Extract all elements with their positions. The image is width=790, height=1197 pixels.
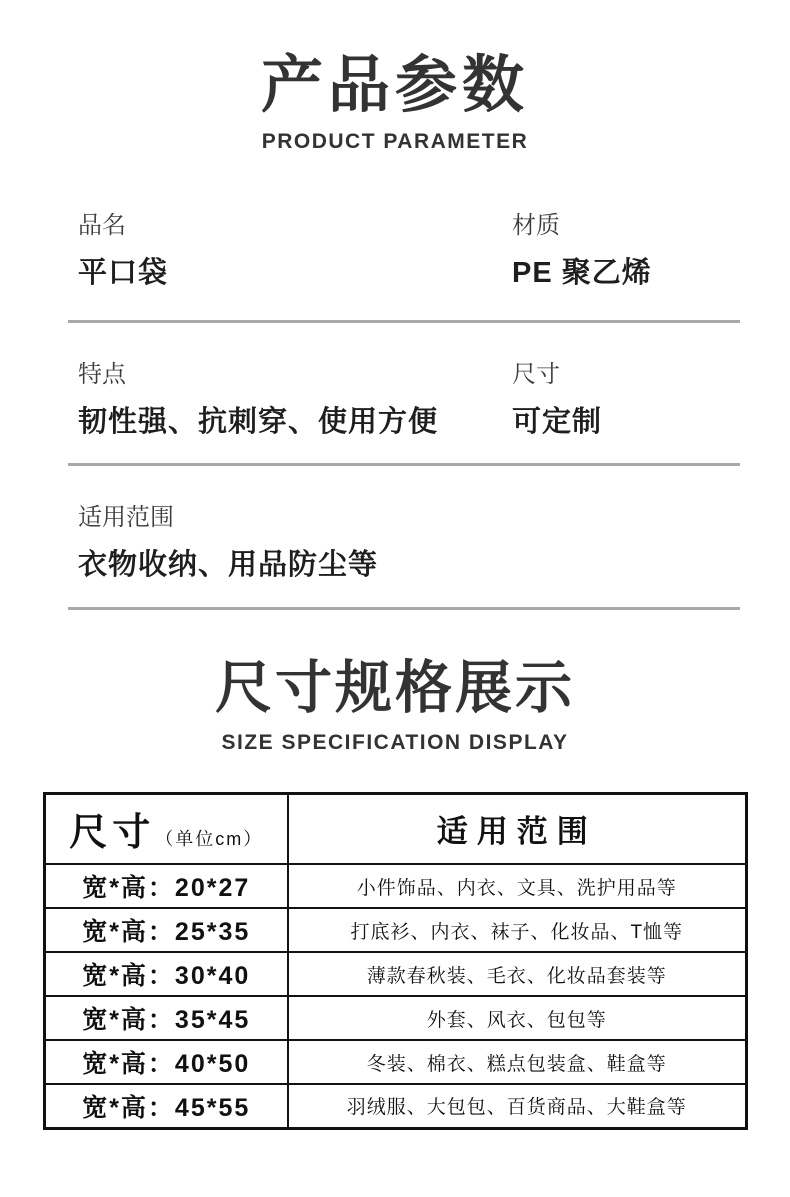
param-product-name: 品名 平口袋 <box>78 212 512 291</box>
usage-cell: 薄款春秋装、毛衣、化妆品套装等 <box>288 952 747 996</box>
usage-cell: 冬装、棉衣、糕点包装盒、鞋盒等 <box>288 1040 747 1084</box>
table-row: 宽*高：40*50 冬装、棉衣、糕点包装盒、鞋盒等 <box>45 1040 747 1084</box>
parameters-list: 品名 平口袋 材质 PE 聚乙烯 特点 韧性强、抗刺穿、使用方便 尺寸 可定制 … <box>68 212 740 610</box>
param-value: 韧性强、抗刺穿、使用方便 <box>78 405 512 440</box>
param-label: 尺寸 <box>512 361 740 390</box>
page-subtitle: PRODUCT PARAMETER <box>0 130 790 154</box>
usage-cell: 外套、风衣、包包等 <box>288 996 747 1040</box>
table-header-row: 尺寸（单位cm） 适用范围 <box>45 793 747 864</box>
param-value: 平口袋 <box>78 256 512 291</box>
table-row: 宽*高：30*40 薄款春秋装、毛衣、化妆品套装等 <box>45 952 747 996</box>
size-column-header: 尺寸（单位cm） <box>45 793 288 864</box>
size-cell: 宽*高：25*35 <box>45 908 288 952</box>
param-label: 适用范围 <box>78 504 740 533</box>
product-parameter-page: 产品参数 PRODUCT PARAMETER 品名 平口袋 材质 PE 聚乙烯 … <box>0 0 790 1197</box>
divider <box>68 320 740 323</box>
divider <box>68 607 740 610</box>
param-label: 品名 <box>78 212 512 241</box>
size-header-text: 尺寸 <box>69 812 155 854</box>
product-parameter-header: 产品参数 PRODUCT PARAMETER <box>0 0 790 154</box>
size-cell: 宽*高：45*55 <box>45 1084 288 1128</box>
page-title: 产品参数 <box>0 50 790 121</box>
param-size: 尺寸 可定制 <box>512 361 740 440</box>
usage-cell: 打底衫、内衣、袜子、化妆品、T恤等 <box>288 908 747 952</box>
usage-cell: 小件饰品、内衣、文具、洗护用品等 <box>288 864 747 908</box>
param-application-scope: 适用范围 衣物收纳、用品防尘等 <box>78 504 740 583</box>
table-row: 宽*高：35*45 外套、风衣、包包等 <box>45 996 747 1040</box>
divider <box>68 463 740 466</box>
param-label: 材质 <box>512 212 740 241</box>
usage-column-header: 适用范围 <box>288 793 747 864</box>
param-features: 特点 韧性强、抗刺穿、使用方便 <box>78 361 512 440</box>
size-header-unit: （单位cm） <box>155 829 263 849</box>
table-row: 宽*高：20*27 小件饰品、内衣、文具、洗护用品等 <box>45 864 747 908</box>
param-label: 特点 <box>78 361 512 390</box>
param-value: 可定制 <box>512 405 740 440</box>
usage-cell: 羽绒服、大包包、百货商品、大鞋盒等 <box>288 1084 747 1128</box>
param-material: 材质 PE 聚乙烯 <box>512 212 740 291</box>
section-title: 尺寸规格展示 <box>0 656 790 722</box>
size-cell: 宽*高：20*27 <box>45 864 288 908</box>
size-cell: 宽*高：40*50 <box>45 1040 288 1084</box>
param-value: PE 聚乙烯 <box>512 256 740 291</box>
size-cell: 宽*高：35*45 <box>45 996 288 1040</box>
table-row: 宽*高：25*35 打底衫、内衣、袜子、化妆品、T恤等 <box>45 908 747 952</box>
size-spec-header: 尺寸规格展示 SIZE SPECIFICATION DISPLAY <box>0 656 790 755</box>
param-row-scope: 适用范围 衣物收纳、用品防尘等 <box>68 504 740 583</box>
param-row-name-material: 品名 平口袋 材质 PE 聚乙烯 <box>68 212 740 291</box>
param-value: 衣物收纳、用品防尘等 <box>78 548 740 583</box>
section-subtitle: SIZE SPECIFICATION DISPLAY <box>0 731 790 755</box>
size-cell: 宽*高：30*40 <box>45 952 288 996</box>
param-row-feature-size: 特点 韧性强、抗刺穿、使用方便 尺寸 可定制 <box>68 361 740 440</box>
size-spec-table: 尺寸（单位cm） 适用范围 宽*高：20*27 小件饰品、内衣、文具、洗护用品等… <box>43 792 748 1130</box>
table-row: 宽*高：45*55 羽绒服、大包包、百货商品、大鞋盒等 <box>45 1084 747 1128</box>
